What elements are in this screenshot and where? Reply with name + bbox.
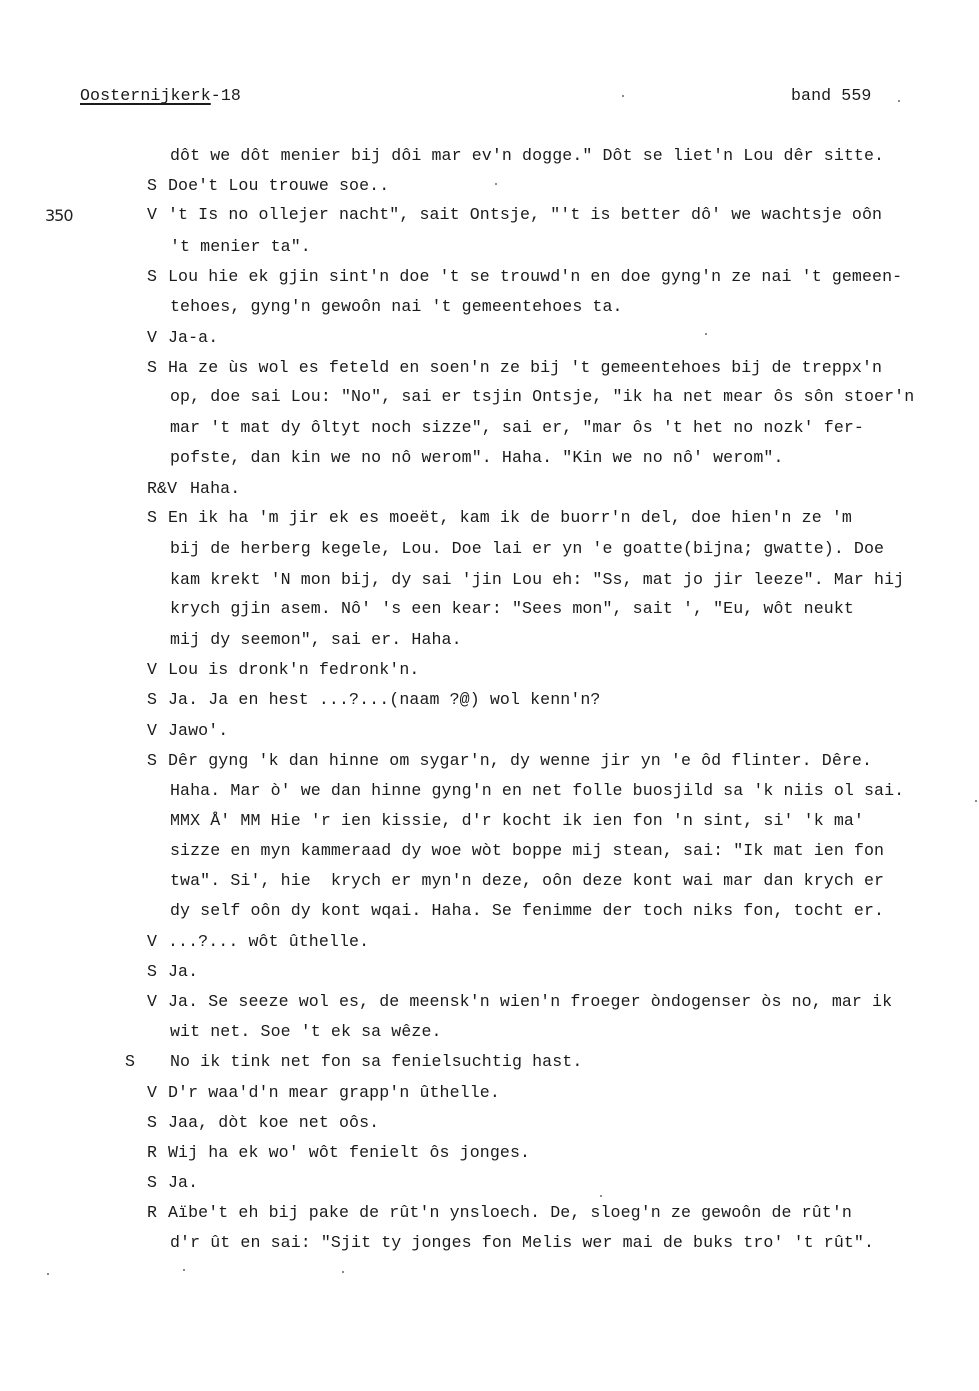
utterance-continuation: tehoes, gyng'n gewoôn nai 't gemeentehoe… — [170, 297, 623, 317]
utterance-text: Jaa, dòt koe net oôs. — [168, 1113, 379, 1133]
speaker-label: V — [147, 992, 157, 1012]
speaker-label: V — [147, 721, 157, 741]
speaker-label: V — [147, 1083, 157, 1103]
utterance-text: Doe't Lou trouwe soe.. — [168, 176, 389, 196]
utterance-continuation: Haha. Mar ò' we dan hinne gyng'n en net … — [170, 781, 904, 801]
scan-speck — [495, 183, 497, 185]
speaker-label: S — [147, 962, 157, 982]
speaker-label: S — [147, 176, 157, 196]
utterance-continuation: dy self oôn dy kont wqai. Haha. Se fenim… — [170, 901, 884, 921]
utterance-text: Ja. Se seeze wol es, de meensk'n wien'n … — [168, 992, 892, 1012]
scan-speck — [705, 333, 707, 335]
speaker-label: S — [147, 1173, 157, 1193]
utterance-continuation: d'r ût en sai: "Sjit ty jonges fon Melis… — [170, 1233, 874, 1253]
speaker-label: S — [147, 1113, 157, 1133]
speaker-label: V — [147, 660, 157, 680]
speaker-label: V — [147, 932, 157, 952]
speaker-label: S — [147, 267, 157, 287]
utterance-text: D'r waa'd'n mear grapp'n ûthelle. — [168, 1083, 500, 1103]
scan-speck — [898, 100, 900, 102]
document-title: Oosternijkerk-18 — [80, 86, 241, 106]
utterance-continuation: bij de herberg kegele, Lou. Doe lai er y… — [170, 539, 884, 559]
utterance-continuation: sizze en myn kammeraad dy woe wòt boppe … — [170, 841, 884, 861]
speaker-label: R — [147, 1143, 157, 1163]
speaker-label: R&V — [147, 479, 177, 499]
scan-speck — [975, 800, 977, 802]
utterance-continuation: krych gjin asem. Nô' 's een kear: "Sees … — [170, 599, 854, 619]
utterance-text: Wij ha ek wo' wôt fenielt ôs jonges. — [168, 1143, 530, 1163]
utterance-text: 't Is no ollejer nacht", sait Ontsje, "'… — [168, 205, 882, 225]
speaker-label: R — [147, 1203, 157, 1223]
document-title-name: Oosternijkerk — [80, 86, 211, 105]
utterance-text: Ja. Ja en hest ...?...(naam ?@) wol kenn… — [168, 690, 601, 710]
speaker-label: S — [147, 751, 157, 771]
utterance-text: Ja. — [168, 1173, 198, 1193]
utterance-continuation: 't menier ta". — [170, 237, 311, 257]
speaker-label: S — [147, 690, 157, 710]
transcript-page: Oosternijkerk-18 band 559 350 dôt we dôt… — [0, 0, 979, 1391]
scan-speck — [342, 1271, 344, 1273]
utterance-continuation: mar 't mat dy ôltyt noch sizze", sai er,… — [170, 418, 864, 438]
utterance-text: Ja. — [168, 962, 198, 982]
speaker-label: S — [125, 1052, 135, 1072]
utterance-text: Ja-a. — [168, 328, 218, 348]
utterance-continuation: dôt we dôt menier bij dôi mar ev'n dogge… — [170, 146, 884, 166]
utterance-continuation: twa". Si', hie krych er myn'n deze, oôn … — [170, 871, 884, 891]
speaker-label: S — [147, 358, 157, 378]
utterance-text: Haha. — [190, 479, 240, 499]
utterance-continuation: op, doe sai Lou: "No", sai er tsjin Onts… — [170, 387, 914, 407]
utterance-text: No ik tink net fon sa fenielsuchtig hast… — [170, 1052, 582, 1072]
scan-speck — [47, 1273, 49, 1275]
margin-line-marker: 350 — [45, 206, 73, 225]
utterance-text: Dêr gyng 'k dan hinne om sygar'n, dy wen… — [168, 751, 872, 771]
utterance-text: Lou hie ek gjin sint'n doe 't se trouwd'… — [168, 267, 902, 287]
utterance-continuation: mij dy seemon", sai er. Haha. — [170, 630, 462, 650]
speaker-label: V — [147, 205, 157, 225]
utterance-continuation: kam krekt 'N mon bij, dy sai 'jin Lou eh… — [170, 570, 904, 590]
speaker-label: V — [147, 328, 157, 348]
utterance-text: Lou is dronk'n fedronk'n. — [168, 660, 419, 680]
scan-speck — [622, 95, 624, 97]
scan-speck — [600, 1195, 602, 1197]
tape-number: band 559 — [791, 86, 871, 106]
utterance-text: En ik ha 'm jir ek es moeët, kam ik de b… — [168, 508, 852, 528]
utterance-text: ...?... wôt ûthelle. — [168, 932, 369, 952]
utterance-continuation: pofste, dan kin we no nô werom". Haha. "… — [170, 448, 784, 468]
utterance-text: Jawo'. — [168, 721, 228, 741]
utterance-continuation: wit net. Soe 't ek sa wêze. — [170, 1022, 442, 1042]
document-page-number: -18 — [211, 86, 241, 106]
utterance-text: Aïbe't eh bij pake de rût'n ynsloech. De… — [168, 1203, 852, 1223]
speaker-label: S — [147, 508, 157, 528]
utterance-text: Ha ze ùs wol es feteld en soen'n ze bij … — [168, 358, 882, 378]
utterance-continuation: MMX Å' MM Hie 'r ien kissie, d'r kocht i… — [170, 811, 864, 831]
scan-speck — [183, 1269, 185, 1271]
